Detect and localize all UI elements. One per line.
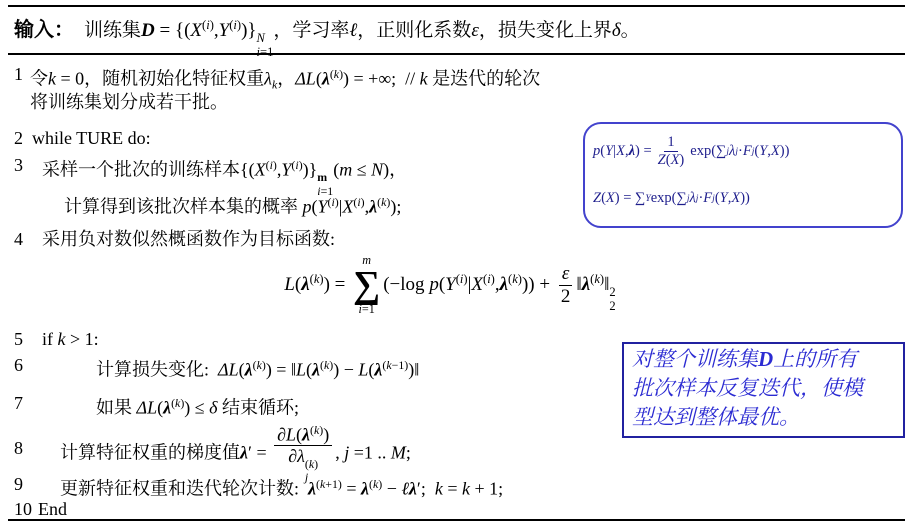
iteration-note-box: 对整个训练集D上的所有 批次样本反复迭代，使模 型达到整体最优。: [622, 342, 905, 438]
objective-loss-formula: L(λ(k)) = m∑i=1(−log p(Y(i)|X(i),λ(k))) …: [120, 254, 780, 317]
line-text: if k > 1:: [42, 327, 99, 351]
line-number: 3: [14, 153, 23, 177]
crf-p-formula: p(Y | X, λ) = 1Z(X) exp(∑j λj · Fj(Y, X)…: [593, 128, 893, 175]
line-number: 5: [14, 327, 23, 351]
line-number: 6: [14, 353, 23, 377]
line-text: while TURE do:: [32, 126, 151, 150]
line-number: 4: [14, 227, 23, 251]
bottom-rule: [8, 519, 905, 521]
line-number: 10: [14, 497, 32, 521]
line-text: 计算损失变化: ΔL(λ(k)) = ‖L(λ(k)) − L(λ(k−1))‖: [96, 353, 419, 382]
note-line-2: 批次样本反复迭代，使模: [632, 374, 895, 403]
crf-z-formula: Z(X) = ∑Y exp(∑j λj · Fj(Y, X)): [593, 175, 893, 222]
line-number: 2: [14, 126, 23, 150]
algorithm-document: 输入：训练集D = {(X(i),Y(i))}Ni=1，学习率ℓ，正则化系数ε，…: [0, 0, 913, 526]
crf-probability-formula-box: p(Y | X, λ) = 1Z(X) exp(∑j λj · Fj(Y, X)…: [583, 122, 903, 228]
line-number: 8: [14, 424, 23, 472]
line-text: 计算得到该批次样本集的概率 p(Y(i)|X(i),λ(k));: [64, 190, 401, 219]
line-text: 采用负对数似然概函数作为目标函数:: [42, 227, 335, 251]
line-text: 将训练集划分成若干批。: [30, 90, 228, 114]
header-separator-rule: [8, 53, 905, 55]
input-label: 输入：: [14, 19, 74, 41]
line-text: 如果 ΔL(λ(k)) ≤ δ 结束循环;: [96, 391, 299, 420]
input-math: 训练集D = {(X(i),Y(i))}Ni=1，学习率ℓ，正则化系数ε，损失变…: [84, 20, 640, 41]
note-line-1: 对整个训练集D上的所有: [632, 345, 895, 374]
top-rule: [8, 5, 905, 7]
line-text: 更新特征权重和迭代轮次计数: λ(k+1) = λ(k) − ℓλ′; k = …: [60, 472, 503, 501]
line-number: 7: [14, 391, 23, 415]
line-text: End: [38, 497, 67, 521]
line-number: 1: [14, 62, 23, 86]
note-line-3: 型达到整体最优。: [632, 403, 895, 432]
line-number: 9: [14, 472, 23, 496]
